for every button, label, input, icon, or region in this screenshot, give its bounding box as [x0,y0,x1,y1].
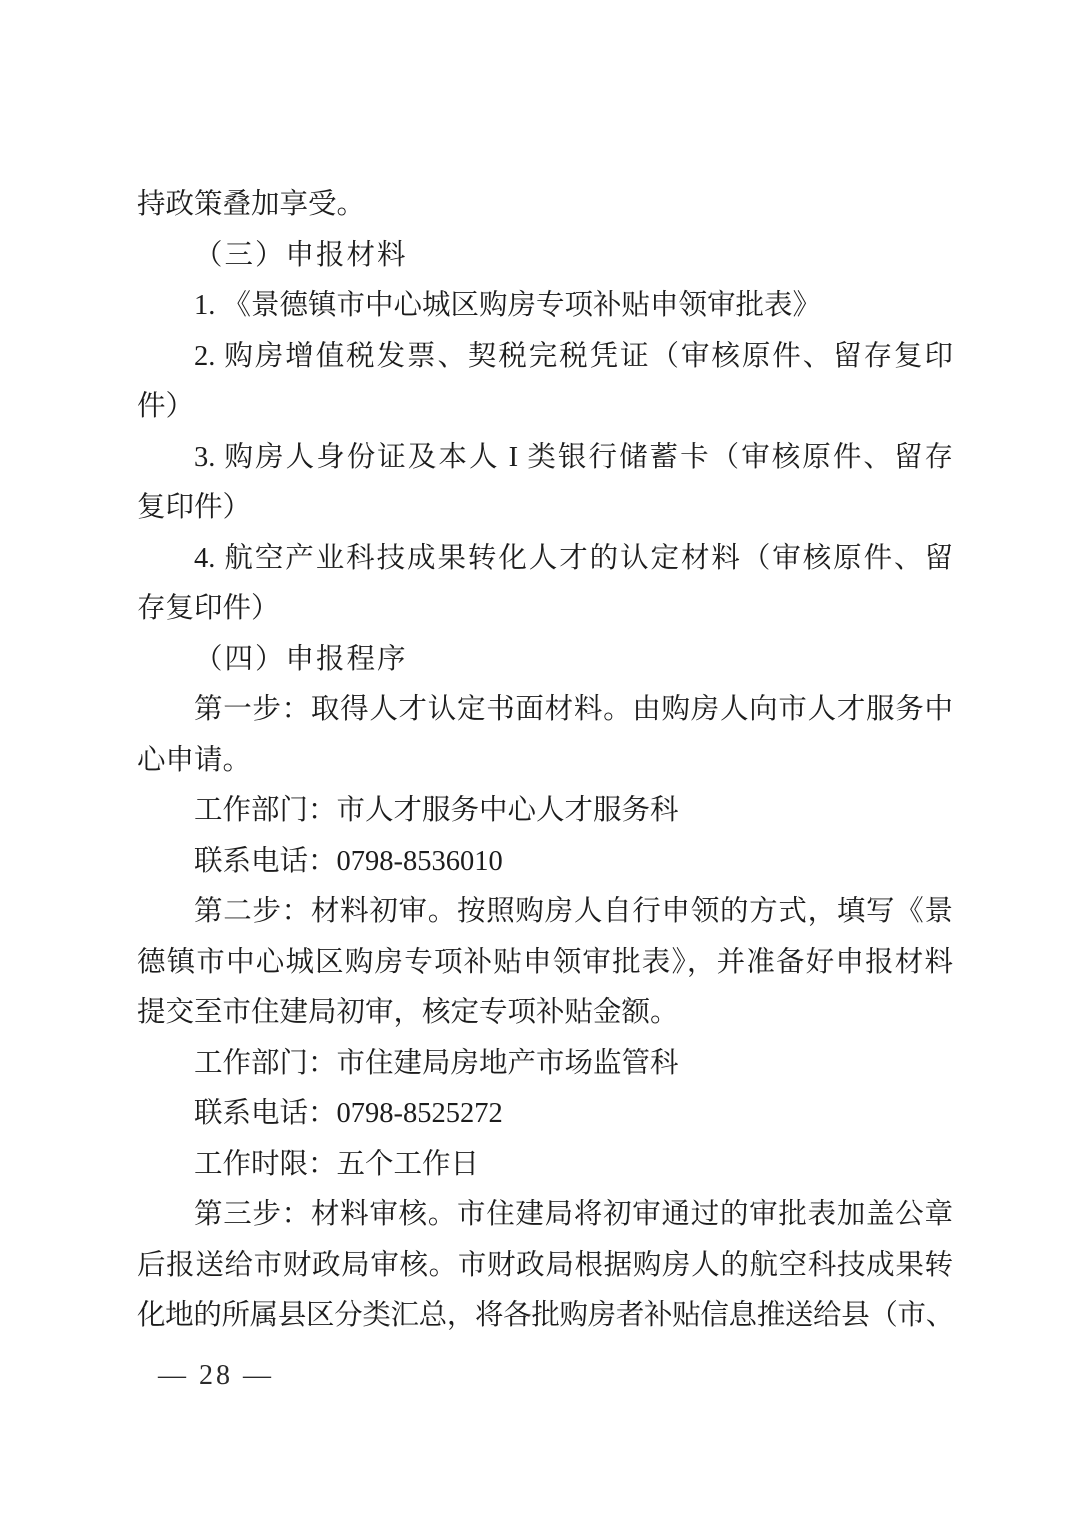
text-line: 工作部门：市人才服务中心人才服务科 [137,786,953,837]
page-number: — 28 — [158,1352,274,1400]
section-heading-line: （四）申报程序 [137,635,953,686]
document-body: 持政策叠加享受。（三）申报材料1. 《景德镇市中心城区购房专项补贴申领审批表》2… [137,180,953,1342]
text-line: 件） [137,382,953,433]
text-line: 联系电话：0798-8525272 [137,1089,953,1140]
section-heading-line: （三）申报材料 [137,231,953,282]
text-line: 4. 航空产业科技成果转化人才的认定材料（审核原件、留 [137,534,953,585]
text-line: 德镇市中心城区购房专项补贴申领审批表》，并准备好申报材料 [137,938,953,989]
text-line: 联系电话：0798-8536010 [137,837,953,888]
text-line: 化地的所属县区分类汇总，将各批购房者补贴信息推送给县（市、 [137,1291,953,1342]
text-line: 后报送给市财政局审核。市财政局根据购房人的航空科技成果转 [137,1241,953,1292]
text-line: 1. 《景德镇市中心城区购房专项补贴申领审批表》 [137,281,953,332]
text-line: 第二步：材料初审。按照购房人自行申领的方式，填写《景 [137,887,953,938]
document-page: 持政策叠加享受。（三）申报材料1. 《景德镇市中心城区购房专项补贴申领审批表》2… [0,0,1074,1520]
text-line: 2. 购房增值税发票、契税完税凭证（审核原件、留存复印 [137,332,953,383]
text-line: 提交至市住建局初审，核定专项补贴金额。 [137,988,953,1039]
text-line: 第一步：取得人才认定书面材料。由购房人向市人才服务中 [137,685,953,736]
text-line: 心申请。 [137,736,953,787]
text-line: 第三步：材料审核。市住建局将初审通过的审批表加盖公章 [137,1190,953,1241]
text-line: 工作时限：五个工作日 [137,1140,953,1191]
text-line: 复印件） [137,483,953,534]
text-line: 3. 购房人身份证及本人 I 类银行储蓄卡（审核原件、留存 [137,433,953,484]
text-line: 持政策叠加享受。 [137,180,953,231]
text-line: 工作部门：市住建局房地产市场监管科 [137,1039,953,1090]
text-line: 存复印件） [137,584,953,635]
